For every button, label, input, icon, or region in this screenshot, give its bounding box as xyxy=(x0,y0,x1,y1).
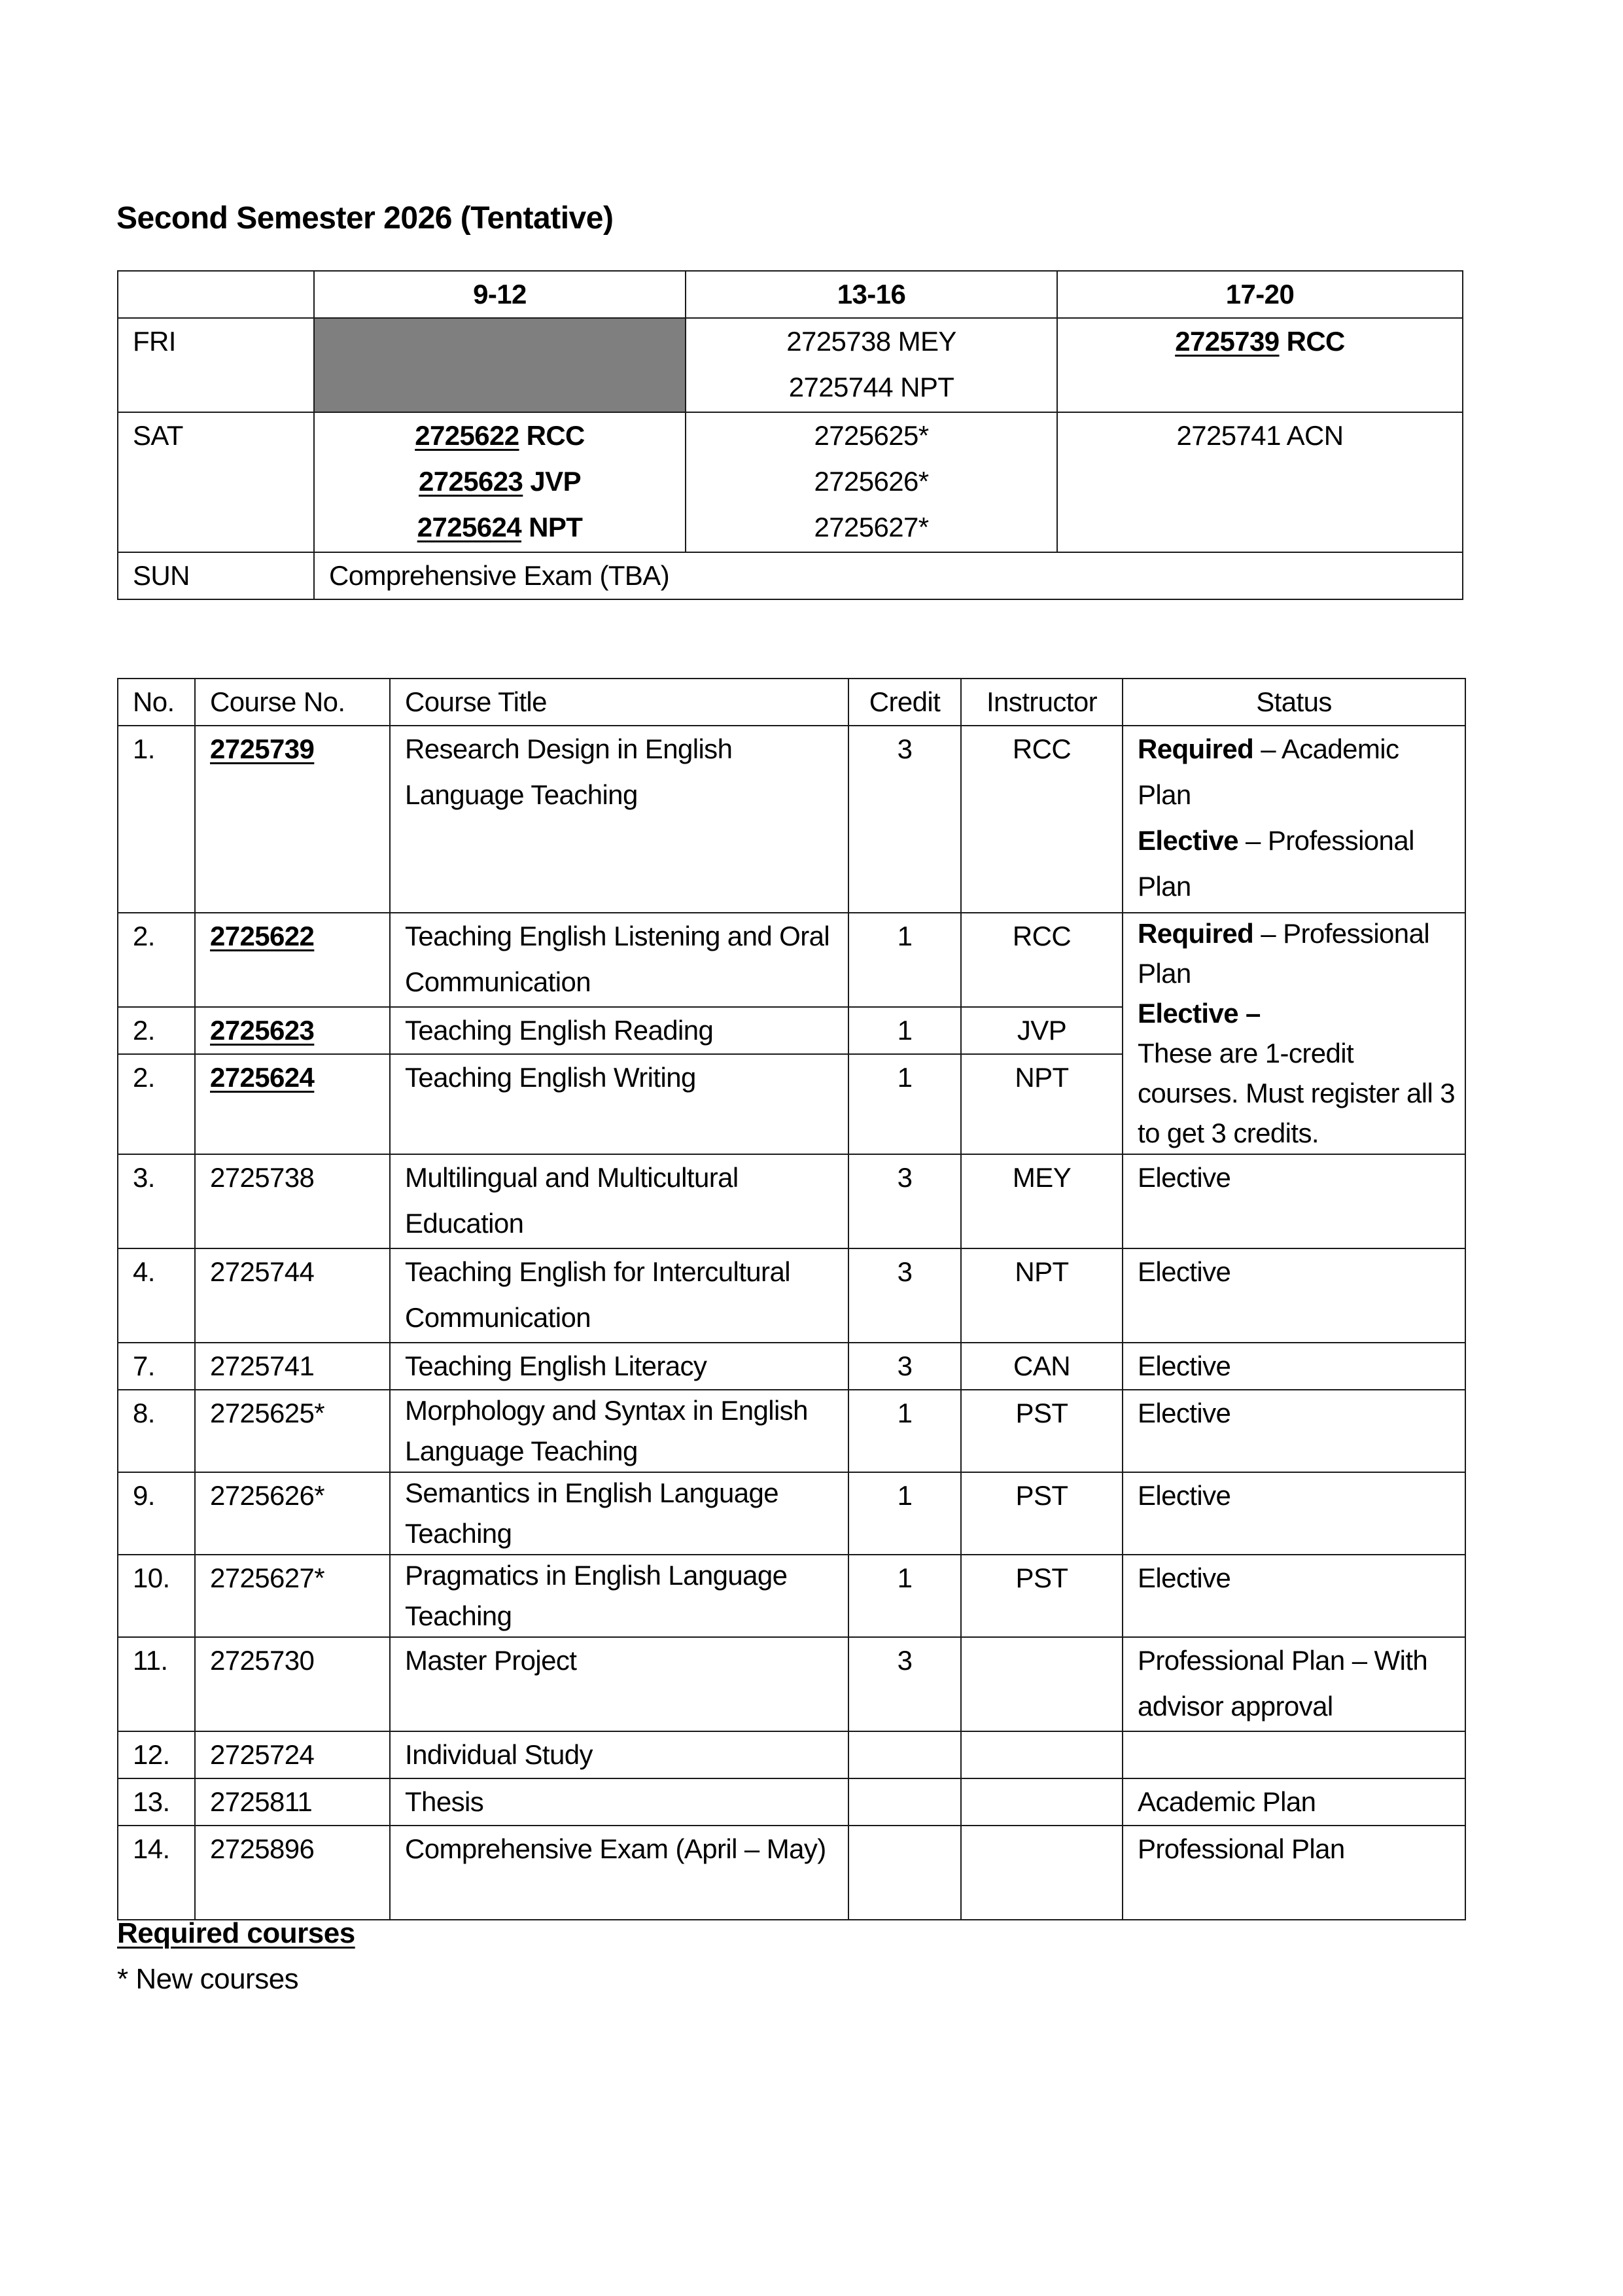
shaded-slot-fri-9-12 xyxy=(314,318,686,412)
row-title: Teaching English Reading xyxy=(390,1007,848,1054)
row-no: 10. xyxy=(118,1555,195,1637)
row-title: Individual Study xyxy=(390,1731,848,1778)
schedule-row-sat: SAT 2725622 RCC 2725623 JVP 2725624 NPT … xyxy=(118,412,1463,552)
row-title: Teaching English Listening and Oral Comm… xyxy=(390,913,848,1007)
row-course-no: 2725744 xyxy=(195,1248,390,1343)
col-header-status: Status xyxy=(1123,679,1465,726)
row-instructor xyxy=(961,1637,1123,1731)
row-status xyxy=(1123,1731,1465,1778)
row-no: 9. xyxy=(118,1472,195,1555)
instructor-code: RCC xyxy=(1287,326,1345,357)
slot-fri-17-20: 2725739 RCC xyxy=(1057,318,1463,412)
slot-sat-17-20: 2725741 ACN xyxy=(1057,412,1463,552)
row-status-group: Required – Professional Plan Elective – … xyxy=(1123,913,1465,1154)
row-status: Elective xyxy=(1123,1343,1465,1390)
instructor-code: RCC xyxy=(527,420,585,451)
row-instructor: NPT xyxy=(961,1054,1123,1154)
row-title: Teaching English Writing xyxy=(390,1054,848,1154)
row-title: Master Project xyxy=(390,1637,848,1731)
row-status: Elective xyxy=(1123,1390,1465,1472)
row-status: Elective xyxy=(1123,1154,1465,1248)
table-row: 11. 2725730 Master Project 3 Professiona… xyxy=(118,1637,1465,1731)
row-credit xyxy=(848,1778,961,1826)
row-course-no: 2725724 xyxy=(195,1731,390,1778)
course-code: 2725626* xyxy=(686,459,1056,504)
table-row: 4. 2725744 Teaching English for Intercul… xyxy=(118,1248,1465,1343)
row-instructor: RCC xyxy=(961,913,1123,1007)
row-title: Morphology and Syntax in English Languag… xyxy=(390,1390,848,1472)
row-no: 2. xyxy=(118,1054,195,1154)
row-credit: 1 xyxy=(848,1054,961,1154)
row-course-no: 2725622 xyxy=(195,913,390,1007)
table-row: 3. 2725738 Multilingual and Multicultura… xyxy=(118,1154,1465,1248)
col-header-course-no: Course No. xyxy=(195,679,390,726)
row-no: 12. xyxy=(118,1731,195,1778)
row-title: Research Design in English Language Teac… xyxy=(390,726,848,913)
row-instructor: PST xyxy=(961,1472,1123,1555)
required-course-code: 2725739 xyxy=(210,733,314,764)
course-code: 2725738 xyxy=(786,326,890,357)
required-course-code: 2725624 xyxy=(417,512,521,542)
table-row: 7. 2725741 Teaching English Literacy 3 C… xyxy=(118,1343,1465,1390)
row-status: Professional Plan – With advisor approva… xyxy=(1123,1637,1465,1731)
slot-sat-9-12: 2725622 RCC 2725623 JVP 2725624 NPT xyxy=(314,412,686,552)
day-label-fri: FRI xyxy=(118,318,314,412)
row-credit: 1 xyxy=(848,1472,961,1555)
legend-required-courses: Required courses xyxy=(117,1917,355,1950)
status-required-label: Required xyxy=(1138,733,1253,764)
row-instructor: PST xyxy=(961,1390,1123,1472)
course-code: 2725741 xyxy=(1177,420,1281,451)
row-instructor: PST xyxy=(961,1555,1123,1637)
instructor-code: NPT xyxy=(529,512,582,542)
course-code: 2725625* xyxy=(686,413,1056,459)
table-row: 13. 2725811 Thesis Academic Plan xyxy=(118,1778,1465,1826)
row-course-no: 2725625* xyxy=(195,1390,390,1472)
slot-entry: 2725624 NPT xyxy=(315,504,685,550)
course-table: No. Course No. Course Title Credit Instr… xyxy=(117,678,1466,1920)
row-instructor: CAN xyxy=(961,1343,1123,1390)
row-status: Required – Academic Plan Elective – Prof… xyxy=(1123,726,1465,913)
schedule-row-sun: SUN Comprehensive Exam (TBA) xyxy=(118,552,1463,599)
row-instructor: NPT xyxy=(961,1248,1123,1343)
row-title: Multilingual and Multicultural Education xyxy=(390,1154,848,1248)
required-course-code: 2725624 xyxy=(210,1062,314,1093)
row-title: Teaching English for Intercultural Commu… xyxy=(390,1248,848,1343)
row-course-no: 2725896 xyxy=(195,1826,390,1920)
row-no: 13. xyxy=(118,1778,195,1826)
row-title: Thesis xyxy=(390,1778,848,1826)
row-course-no: 2725626* xyxy=(195,1472,390,1555)
sun-note: Comprehensive Exam (TBA) xyxy=(314,552,1463,599)
row-course-no: 2725627* xyxy=(195,1555,390,1637)
status-elective-text: – xyxy=(1238,998,1261,1029)
page-title: Second Semester 2026 (Tentative) xyxy=(116,200,613,236)
row-credit: 3 xyxy=(848,726,961,913)
course-header-row: No. Course No. Course Title Credit Instr… xyxy=(118,679,1465,726)
row-instructor: JVP xyxy=(961,1007,1123,1054)
schedule-header-17-20: 17-20 xyxy=(1057,271,1463,318)
row-credit: 3 xyxy=(848,1154,961,1248)
table-row: 9. 2725626* Semantics in English Languag… xyxy=(118,1472,1465,1555)
table-row: 2. 2725622 Teaching English Listening an… xyxy=(118,913,1465,1007)
row-status: Elective xyxy=(1123,1248,1465,1343)
legend-new-courses: * New courses xyxy=(117,1963,298,1996)
row-title: Comprehensive Exam (April – May) xyxy=(390,1826,848,1920)
row-instructor: RCC xyxy=(961,726,1123,913)
required-course-code: 2725739 xyxy=(1175,326,1279,357)
slot-entry: 2725738 MEY xyxy=(686,319,1056,364)
status-required-label: Required xyxy=(1138,918,1253,949)
row-no: 8. xyxy=(118,1390,195,1472)
col-header-credit: Credit xyxy=(848,679,961,726)
table-row: 14. 2725896 Comprehensive Exam (April – … xyxy=(118,1826,1465,1920)
row-no: 11. xyxy=(118,1637,195,1731)
row-no: 3. xyxy=(118,1154,195,1248)
row-course-no: 2725739 xyxy=(195,726,390,913)
row-course-no: 2725738 xyxy=(195,1154,390,1248)
slot-entry: 2725744 NPT xyxy=(686,364,1056,410)
schedule-header-row: 9-12 13-16 17-20 xyxy=(118,271,1463,318)
row-no: 1. xyxy=(118,726,195,913)
row-credit xyxy=(848,1826,961,1920)
instructor-code: NPT xyxy=(900,372,954,402)
schedule-table: 9-12 13-16 17-20 FRI 2725738 MEY 2725744… xyxy=(117,270,1463,600)
slot-entry: 2725741 ACN xyxy=(1058,413,1462,459)
row-instructor: MEY xyxy=(961,1154,1123,1248)
row-title: Teaching English Literacy xyxy=(390,1343,848,1390)
status-elective-label: Elective xyxy=(1138,998,1238,1029)
row-status: Professional Plan xyxy=(1123,1826,1465,1920)
row-credit: 1 xyxy=(848,1390,961,1472)
schedule-header-9-12: 9-12 xyxy=(314,271,686,318)
table-row: 10. 2725627* Pragmatics in English Langu… xyxy=(118,1555,1465,1637)
row-instructor xyxy=(961,1778,1123,1826)
slot-fri-13-16: 2725738 MEY 2725744 NPT xyxy=(686,318,1057,412)
schedule-row-fri: FRI 2725738 MEY 2725744 NPT 2725739 RCC xyxy=(118,318,1463,412)
row-credit: 1 xyxy=(848,1555,961,1637)
status-elective-label: Elective xyxy=(1138,825,1238,856)
row-course-no: 2725741 xyxy=(195,1343,390,1390)
row-no: 7. xyxy=(118,1343,195,1390)
row-credit: 1 xyxy=(848,1007,961,1054)
schedule-header-empty xyxy=(118,271,314,318)
row-course-no: 2725624 xyxy=(195,1054,390,1154)
instructor-code: ACN xyxy=(1287,420,1344,451)
row-course-no: 2725730 xyxy=(195,1637,390,1731)
row-credit: 1 xyxy=(848,913,961,1007)
row-no: 14. xyxy=(118,1826,195,1920)
col-header-title: Course Title xyxy=(390,679,848,726)
schedule-header-13-16: 13-16 xyxy=(686,271,1057,318)
instructor-code: JVP xyxy=(530,466,581,497)
row-status: Academic Plan xyxy=(1123,1778,1465,1826)
row-no: 2. xyxy=(118,1007,195,1054)
row-title: Pragmatics in English Language Teaching xyxy=(390,1555,848,1637)
slot-entry: 2725623 JVP xyxy=(315,459,685,504)
row-no: 4. xyxy=(118,1248,195,1343)
row-instructor xyxy=(961,1826,1123,1920)
status-group-note: These are 1-credit courses. Must registe… xyxy=(1138,1038,1455,1148)
day-label-sat: SAT xyxy=(118,412,314,552)
required-course-code: 2725623 xyxy=(210,1015,314,1046)
course-code: 2725744 xyxy=(789,372,893,402)
row-course-no: 2725623 xyxy=(195,1007,390,1054)
table-row: 12. 2725724 Individual Study xyxy=(118,1731,1465,1778)
row-status: Elective xyxy=(1123,1555,1465,1637)
table-row: 1. 2725739 Research Design in English La… xyxy=(118,726,1465,913)
slot-entry: 2725622 RCC xyxy=(315,413,685,459)
slot-sat-13-16: 2725625* 2725626* 2725627* xyxy=(686,412,1057,552)
row-title: Semantics in English Language Teaching xyxy=(390,1472,848,1555)
row-course-no: 2725811 xyxy=(195,1778,390,1826)
required-course-code: 2725623 xyxy=(419,466,523,497)
row-status: Elective xyxy=(1123,1472,1465,1555)
row-credit: 3 xyxy=(848,1637,961,1731)
table-row: 8. 2725625* Morphology and Syntax in Eng… xyxy=(118,1390,1465,1472)
row-no: 2. xyxy=(118,913,195,1007)
instructor-code: MEY xyxy=(898,326,956,357)
row-credit xyxy=(848,1731,961,1778)
col-header-no: No. xyxy=(118,679,195,726)
required-course-code: 2725622 xyxy=(210,921,314,951)
slot-entry: 2725739 RCC xyxy=(1058,319,1462,364)
row-credit: 3 xyxy=(848,1343,961,1390)
day-label-sun: SUN xyxy=(118,552,314,599)
row-credit: 3 xyxy=(848,1248,961,1343)
col-header-instructor: Instructor xyxy=(961,679,1123,726)
required-course-code: 2725622 xyxy=(415,420,519,451)
course-code: 2725627* xyxy=(686,504,1056,550)
row-instructor xyxy=(961,1731,1123,1778)
